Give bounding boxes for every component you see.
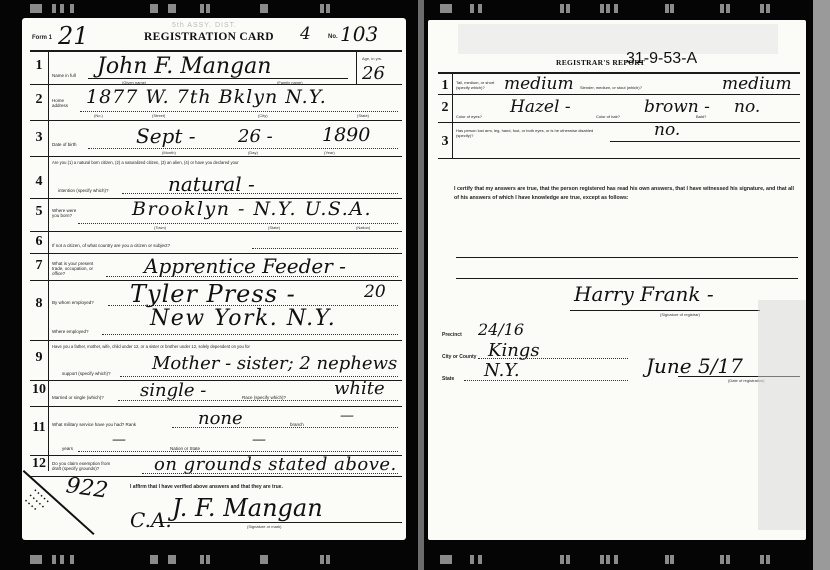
- city-county-label: City or County: [442, 354, 476, 360]
- film-sprocket: [766, 4, 770, 13]
- header-rule: [30, 50, 402, 52]
- row-number-6: 6: [32, 234, 46, 250]
- birthplace-label: Where were you born?: [52, 208, 78, 218]
- film-sprocket: [264, 4, 268, 13]
- registrar-signature-line: [570, 310, 760, 311]
- registrar-signature-sublabel: (Signature of registrar): [660, 312, 700, 317]
- film-sprocket: [154, 555, 158, 564]
- military-years-label: years: [62, 446, 73, 451]
- hair-color-label: Color of hair?: [596, 114, 620, 119]
- film-sprocket: [566, 555, 570, 564]
- military-years-value: —: [112, 432, 126, 448]
- bald-label: Bald?: [696, 114, 706, 119]
- employment-place-underline: [102, 334, 398, 335]
- marital-status-value: single -: [140, 380, 206, 401]
- row-number-8: 8: [32, 296, 46, 312]
- address-no-sublabel: (No.): [94, 113, 103, 118]
- form-number-handwritten: 21: [58, 22, 89, 50]
- state-label: State: [442, 376, 454, 382]
- film-sprocket: [154, 4, 158, 13]
- employment-place-label: Where employed?: [52, 329, 89, 334]
- exemption-label: Do you claim exemption from draft (speci…: [52, 461, 114, 471]
- number-label: No.: [328, 34, 338, 40]
- dob-month-sublabel: (Month): [162, 150, 176, 155]
- exemption-underline: [142, 473, 398, 474]
- employment-place-value: New York. N.Y.: [150, 306, 336, 331]
- birthplace-underline: [78, 223, 398, 224]
- birthplace-state-sublabel: (State): [268, 225, 280, 230]
- row-number-9: 9: [32, 350, 46, 366]
- film-sprocket: [760, 555, 764, 564]
- report-row-number-2: 2: [438, 100, 452, 116]
- film-sprocket: [320, 4, 324, 13]
- film-sprocket: [726, 555, 730, 564]
- registrars-report-back: REGISTRAR'S REPORT 31-9-53-A 1 Tall, med…: [428, 20, 806, 540]
- film-sprocket: [206, 4, 210, 13]
- citizenship-question: Are you (1) a natural born citizen, (2) …: [52, 160, 239, 165]
- serial-handwritten: 4: [300, 24, 311, 44]
- dependents-underline: [120, 376, 398, 377]
- military-branch-value: —: [340, 408, 354, 424]
- film-sprocket: [320, 555, 324, 564]
- film-divider: [418, 0, 424, 570]
- height-value: medium: [504, 74, 574, 94]
- corner-number: 922: [64, 473, 109, 504]
- home-address-label: Home address: [52, 98, 78, 108]
- signature-sublabel: (Signature or mark): [247, 524, 281, 529]
- state-value: N.Y.: [484, 360, 520, 381]
- film-sprocket: [726, 4, 730, 13]
- name-underline: [88, 78, 348, 79]
- exceptions-line-1: [456, 257, 798, 258]
- card-number: 103: [340, 22, 378, 46]
- applicant-signature: J. F. Mangan: [172, 494, 323, 522]
- foreign-citizen-label: If not a citizen, of what country are yo…: [52, 243, 170, 248]
- film-sprocket: [200, 555, 204, 564]
- film-sprocket: [670, 555, 674, 564]
- card-title: REGISTRATION CARD: [144, 31, 274, 43]
- dob-day-sublabel: (Day): [248, 150, 258, 155]
- name-value: John F. Mangan: [97, 54, 271, 79]
- precinct-label: Precinct: [442, 332, 462, 338]
- film-sprocket: [760, 4, 764, 13]
- film-sprocket: [766, 555, 770, 564]
- address-city-sublabel: (City): [258, 113, 268, 118]
- disability-underline: [610, 141, 800, 142]
- dob-underline: [88, 148, 398, 149]
- military-nation-value: —: [252, 432, 266, 448]
- citizenship-underline: [122, 193, 398, 194]
- occupation-value: Apprentice Feeder -: [144, 254, 346, 278]
- report-number-column-rule: [452, 74, 453, 158]
- row-number-10: 10: [30, 382, 48, 398]
- dob-day-value: 26 -: [238, 126, 273, 147]
- military-years-underline: [78, 451, 398, 452]
- precinct-value: 24/16: [478, 320, 524, 339]
- dependents-value: Mother - sister; 2 nephews: [152, 353, 397, 374]
- film-sprocket: [70, 4, 74, 13]
- race-value: white: [334, 378, 385, 399]
- film-sprocket: [600, 555, 604, 564]
- registration-date-value: June 5/17: [646, 354, 743, 378]
- film-sprocket: [614, 555, 618, 564]
- marital-status-label: Married or single (which)?: [52, 395, 104, 400]
- film-sprocket: [720, 4, 724, 13]
- faded-right-margin: [758, 300, 806, 530]
- disability-label: Has person lost arm, leg, hand, foot, or…: [456, 128, 596, 138]
- address-state-sublabel: (State): [357, 113, 369, 118]
- military-rank-label: What military service have you had? Rank: [52, 422, 136, 427]
- height-label: Tall, medium, or short (specify which)?: [456, 80, 502, 90]
- dob-label: Date of birth: [52, 142, 77, 147]
- film-sprocket: [470, 4, 474, 13]
- report-row-2-rule: [438, 122, 800, 123]
- row-number-7: 7: [32, 258, 46, 274]
- corner-mark: C.A.: [130, 508, 172, 532]
- row-number-12: 12: [30, 456, 48, 472]
- dependents-specify-label: support (specify which)?: [62, 371, 111, 376]
- film-sprocket: [606, 4, 610, 13]
- film-sprocket: [566, 4, 570, 13]
- home-address-value: 1877 W. 7th Bklyn N.Y.: [86, 86, 327, 108]
- employer-value: Tyler Press -: [130, 280, 296, 308]
- report-row-3-rule: [438, 158, 800, 159]
- report-code: 31-9-53-A: [626, 50, 697, 68]
- row-3-rule: [30, 156, 402, 157]
- build-value: medium: [722, 74, 792, 94]
- film-sprocket: [448, 555, 452, 564]
- row-number-4: 4: [32, 174, 46, 190]
- state-underline: [464, 380, 628, 381]
- report-row-1-rule: [438, 94, 800, 95]
- film-sprocket: [52, 555, 56, 564]
- registration-card-front: 5th ASSY. DIST. Form 1 21 REGISTRATION C…: [22, 18, 406, 540]
- film-sprocket: [665, 4, 669, 13]
- film-sprocket: [326, 4, 330, 13]
- film-sprocket: [52, 4, 56, 13]
- row-number-column-rule: [48, 51, 49, 471]
- film-edge-right: [813, 0, 830, 570]
- build-label: Slender, medium, or stout (which)?: [580, 85, 642, 90]
- film-sprocket: [448, 4, 452, 13]
- foreign-citizen-underline: [252, 248, 398, 249]
- exceptions-line-2: [456, 278, 798, 279]
- film-sprocket: [478, 4, 482, 13]
- age-value: 26: [362, 63, 385, 84]
- employer-extra-value: 20: [364, 282, 386, 302]
- registrar-signature: Harry Frank -: [574, 282, 714, 306]
- film-sprocket: [665, 555, 669, 564]
- employer-label: By whom employed?: [52, 300, 94, 305]
- film-sprocket: [206, 555, 210, 564]
- eye-color-value: Hazel -: [510, 97, 571, 117]
- citizenship-specify-label: intention (specify which)?: [58, 188, 109, 193]
- city-county-underline: [478, 358, 628, 359]
- film-sprocket: [70, 555, 74, 564]
- film-sprocket: [60, 4, 64, 13]
- film-sprocket: [264, 555, 268, 564]
- signature-line: [162, 522, 402, 523]
- row-2-rule: [30, 120, 402, 121]
- row-8-rule: [30, 340, 402, 341]
- film-sprocket: [560, 555, 564, 564]
- occupation-underline: [106, 276, 398, 277]
- military-underline: [172, 427, 398, 428]
- film-sprocket: [560, 4, 564, 13]
- dob-month-value: Sept -: [136, 124, 196, 148]
- affirmation-text: I affirm that I have verified above answ…: [130, 484, 283, 490]
- address-underline: [80, 111, 398, 112]
- faded-header-area: [458, 24, 778, 54]
- film-sprocket: [720, 555, 724, 564]
- film-sprocket: [200, 4, 204, 13]
- birthplace-value: Brooklyn - N.Y. U.S.A.: [132, 198, 372, 220]
- row-number-5: 5: [32, 204, 46, 220]
- military-rank-value: none: [198, 408, 243, 429]
- form-label: Form 1: [32, 35, 52, 41]
- row-number-11: 11: [30, 420, 48, 436]
- film-sprocket: [172, 555, 176, 564]
- film-sprocket: [606, 555, 610, 564]
- report-row-number-1: 1: [438, 78, 452, 94]
- row-5-rule: [30, 231, 402, 232]
- film-sprocket: [670, 4, 674, 13]
- exemption-value: on grounds stated above.: [154, 454, 397, 475]
- age-box-rule: [356, 51, 357, 84]
- bald-value: no.: [734, 97, 760, 117]
- dob-year-value: 1890: [322, 124, 370, 146]
- birthplace-nation-sublabel: (Nation): [356, 225, 370, 230]
- row-number-3: 3: [32, 130, 46, 146]
- film-sprocket: [38, 555, 42, 564]
- disability-value: no.: [654, 120, 680, 140]
- film-sprocket: [38, 4, 42, 13]
- dependents-question: Have you a father, mother, wife, child u…: [52, 344, 250, 349]
- certification-text: I certify that my answers are true, that…: [454, 185, 794, 203]
- film-sprocket: [470, 555, 474, 564]
- film-sprocket: [60, 555, 64, 564]
- film-sprocket: [600, 4, 604, 13]
- film-sprocket: [326, 555, 330, 564]
- name-label: Name in full: [52, 73, 76, 78]
- district-stamp: 5th ASSY. DIST.: [172, 22, 237, 29]
- marital-underline: [118, 400, 398, 401]
- film-sprocket: [172, 4, 176, 13]
- row-number-1: 1: [32, 58, 46, 74]
- report-row-number-3: 3: [438, 134, 452, 150]
- birthplace-town-sublabel: (Town): [154, 225, 166, 230]
- age-label: Age, in yrs.: [362, 56, 382, 61]
- film-sprocket: [614, 4, 618, 13]
- eye-color-label: Color of eyes?: [456, 114, 482, 119]
- row-number-2: 2: [32, 92, 46, 108]
- dob-year-sublabel: (Year): [324, 150, 335, 155]
- film-sprocket: [478, 555, 482, 564]
- occupation-label: What is your present trade, occupation, …: [52, 261, 104, 276]
- address-street-sublabel: (Street): [152, 113, 165, 118]
